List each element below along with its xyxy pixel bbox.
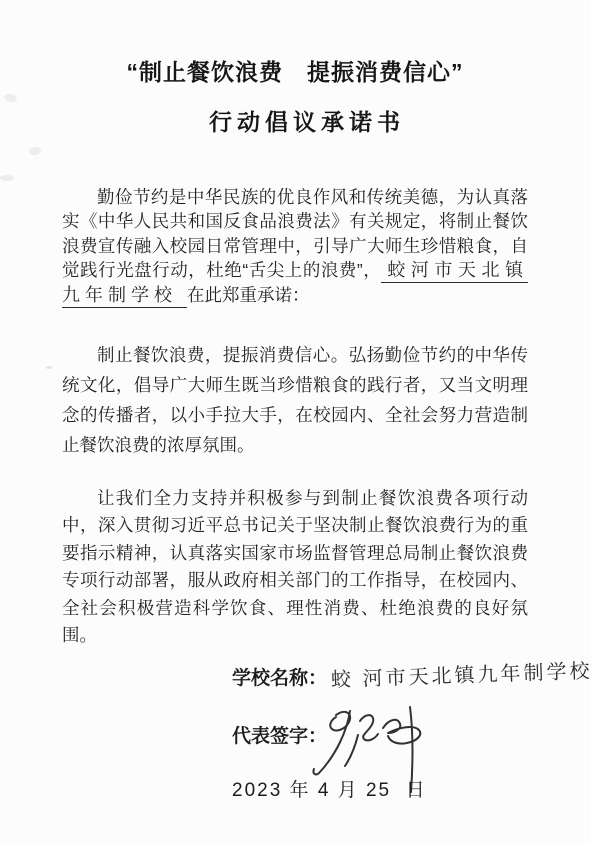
date-line: 2023 年 4 月 25 日	[232, 775, 427, 802]
paragraph-action: 让我们全力支持并积极参与到制止餐饮浪费各项行动中，深入贯彻习近平总书记关于坚决制…	[62, 485, 528, 650]
scan-smudge	[0, 175, 14, 181]
handwritten-school-name: 蛟 河市天北镇九年制学校	[331, 654, 591, 692]
document-title: “制止餐饮浪费 提振消费信心”	[62, 54, 528, 87]
school-name-label: 学校名称：	[232, 668, 327, 689]
scan-smudge	[3, 93, 17, 104]
paragraph-opening: 勤俭节约是中华民族的优良作风和传统美德，为认真落实《中华人民共和国反食品浪费法》…	[62, 185, 528, 308]
scan-smudge	[29, 146, 42, 156]
paragraph-commitment: 制止餐饮浪费，提振消费信心。弘扬勤俭节约的中华传统文化，倡导广大师生既当珍惜粮食…	[62, 340, 528, 460]
scanned-pledge-document: “制止餐饮浪费 提振消费信心” 行动倡议承诺书 勤俭节约是中华民族的优良作风和传…	[0, 0, 591, 843]
document-subtitle: 行动倡议承诺书	[74, 104, 540, 137]
scan-smudge	[46, 366, 52, 369]
opening-text-after: 在此郑重承诺：	[187, 285, 310, 305]
school-name-line: 学校名称：蛟 河市天北镇九年制学校	[232, 661, 591, 690]
